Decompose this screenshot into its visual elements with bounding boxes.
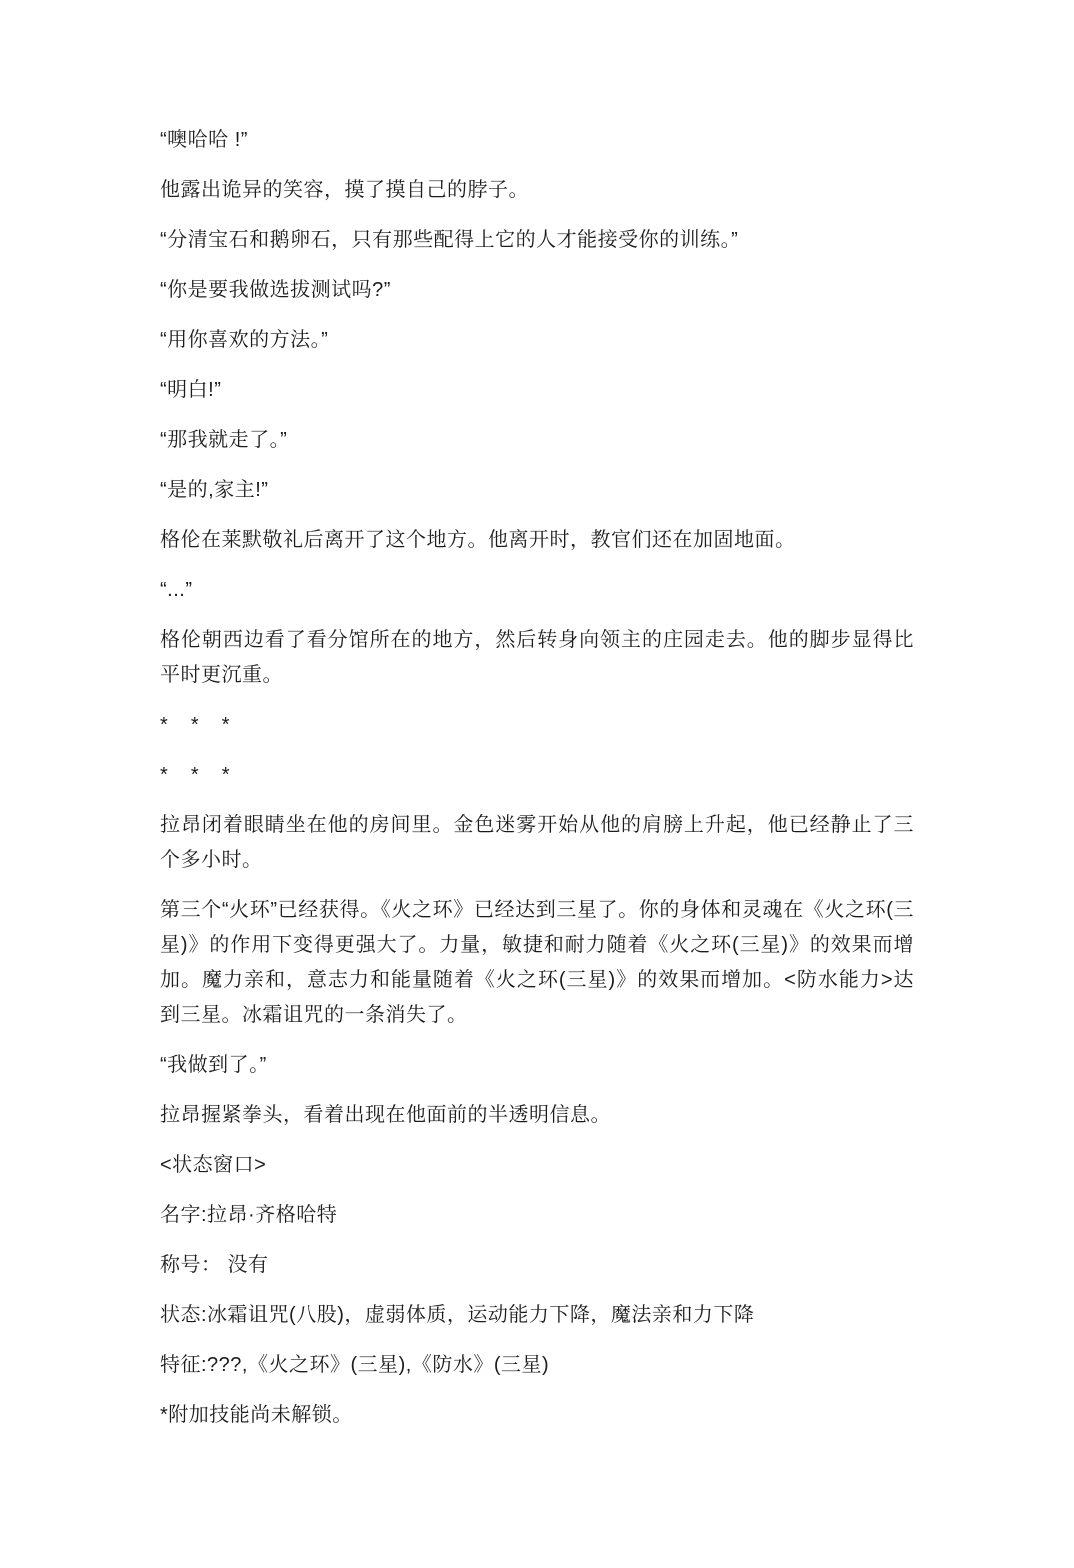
paragraph: 特征:???,《火之环》(三星),《防水》(三星) [160,1348,914,1383]
paragraph: “你是要我做选拔测试吗?” [160,273,914,308]
paragraph: “用你喜欢的方法。” [160,323,914,358]
document-page: “噢哈哈 !”他露出诡异的笑容，摸了摸自己的脖子。“分清宝石和鹅卵石，只有那些配… [0,0,1074,1568]
paragraph: “分清宝石和鹅卵石，只有那些配得上它的人才能接受你的训练。” [160,223,914,258]
paragraph: <状态窗口> [160,1148,914,1183]
paragraph: “明白!” [160,373,914,408]
paragraph: 名字:拉昂·齐格哈特 [160,1198,914,1233]
paragraph: 格伦在莱默敬礼后离开了这个地方。他离开时，教官们还在加固地面。 [160,523,914,558]
paragraph: 拉昂闭着眼睛坐在他的房间里。金色迷雾开始从他的肩膀上升起，他已经静止了三个多小时… [160,808,914,878]
paragraph: 他露出诡异的笑容，摸了摸自己的脖子。 [160,173,914,208]
paragraph: 第三个“火环”已经获得。《火之环》已经达到三星了。你的身体和灵魂在《火之环(三星… [160,893,914,1033]
paragraph: * * * [160,708,914,743]
paragraph: “那我就走了。” [160,423,914,458]
paragraph: 格伦朝西边看了看分馆所在的地方，然后转身向领主的庄园走去。他的脚步显得比平时更沉… [160,623,914,693]
paragraph: “...” [160,573,914,608]
paragraph: “我做到了。” [160,1048,914,1083]
paragraph: *附加技能尚未解锁。 [160,1398,914,1433]
paragraph: “是的,家主!” [160,473,914,508]
paragraph: 状态:冰霜诅咒(八股)，虚弱体质，运动能力下降，魔法亲和力下降 [160,1298,914,1333]
paragraph: * * * [160,758,914,793]
paragraph: “噢哈哈 !” [160,123,914,158]
document-body: “噢哈哈 !”他露出诡异的笑容，摸了摸自己的脖子。“分清宝石和鹅卵石，只有那些配… [160,123,914,1433]
paragraph: 拉昂握紧拳头，看着出现在他面前的半透明信息。 [160,1098,914,1133]
paragraph: 称号： 没有 [160,1248,914,1283]
